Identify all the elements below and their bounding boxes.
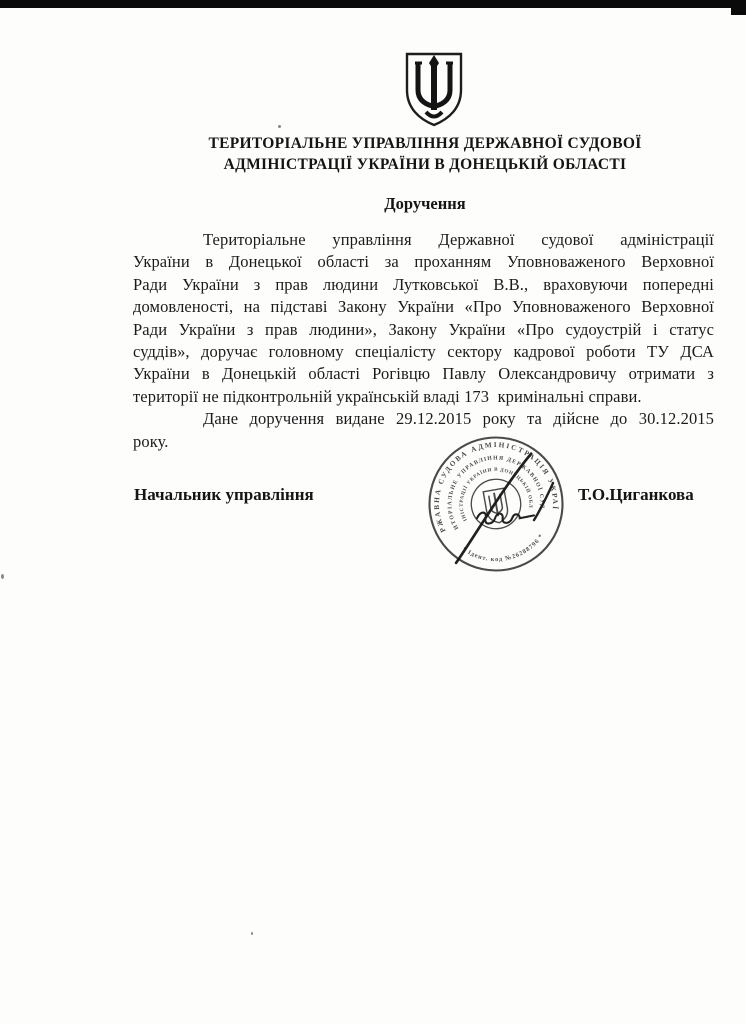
- signature-scribble: [456, 454, 553, 563]
- organization-header: ТЕРИТОРІАЛЬНЕ УПРАВЛІННЯ ДЕРЖАВНОЇ СУДОВ…: [120, 133, 730, 175]
- organization-header-line1: ТЕРИТОРІАЛЬНЕ УПРАВЛІННЯ ДЕРЖАВНОЇ СУДОВ…: [120, 133, 730, 154]
- scan-speck: [278, 125, 281, 128]
- document-body: Територіальне управління Державної судов…: [133, 229, 714, 453]
- stamp-trident-icon: [483, 488, 509, 524]
- scanned-document-page: ТЕРИТОРІАЛЬНЕ УПРАВЛІННЯ ДЕРЖАВНОЇ СУДОВ…: [0, 0, 746, 1024]
- organization-header-line2: АДМІНІСТРАЦІЇ УКРАЇНИ В ДОНЕЦЬКІЙ ОБЛАСТ…: [120, 154, 730, 175]
- stamp-outer-ring-text: ДЕРЖАВНА СУДОВА АДМІНІСТРАЦІЯ УКРАЇНИ: [420, 428, 562, 537]
- scan-speck: [1, 574, 4, 579]
- official-round-stamp: ДЕРЖАВНА СУДОВА АДМІНІСТРАЦІЯ УКРАЇНИ * …: [420, 428, 572, 580]
- body-text-line: Територіальне управління Державної судов…: [133, 229, 714, 251]
- paragraph-1: Територіальне управління Державної судов…: [133, 229, 714, 408]
- scan-artifact-top-right-corner: [731, 0, 746, 15]
- body-text-line: суддів», доручає головному спеціалісту с…: [133, 341, 714, 363]
- document-title: Доручення: [120, 194, 730, 214]
- body-text-line: Ради України з прав людини», Закону Укра…: [133, 319, 714, 341]
- body-text-line: домовленості, на підставі Закону України…: [133, 296, 714, 318]
- scan-speck: [251, 932, 253, 935]
- body-text-line: території не підконтрольній українській …: [133, 386, 714, 408]
- svg-text:ДЕРЖАВНА СУДОВА АДМІНІСТРАЦІЯ: ДЕРЖАВНА СУДОВА АДМІНІСТРАЦІЯ УКРАЇНИ: [420, 428, 562, 537]
- scan-artifact-top-bar: [0, 0, 746, 8]
- body-text-line: Ради України з прав людини Лутковської В…: [133, 274, 714, 296]
- ukraine-trident-emblem-icon: [402, 50, 466, 128]
- signatory-position-title: Начальник управління: [134, 485, 314, 505]
- body-text-line: України в Донецької області за проханням…: [133, 251, 714, 273]
- body-text-line: України в Донецькій області Рогівцю Павл…: [133, 363, 714, 385]
- signatory-name: Т.О.Циганкова: [578, 485, 694, 505]
